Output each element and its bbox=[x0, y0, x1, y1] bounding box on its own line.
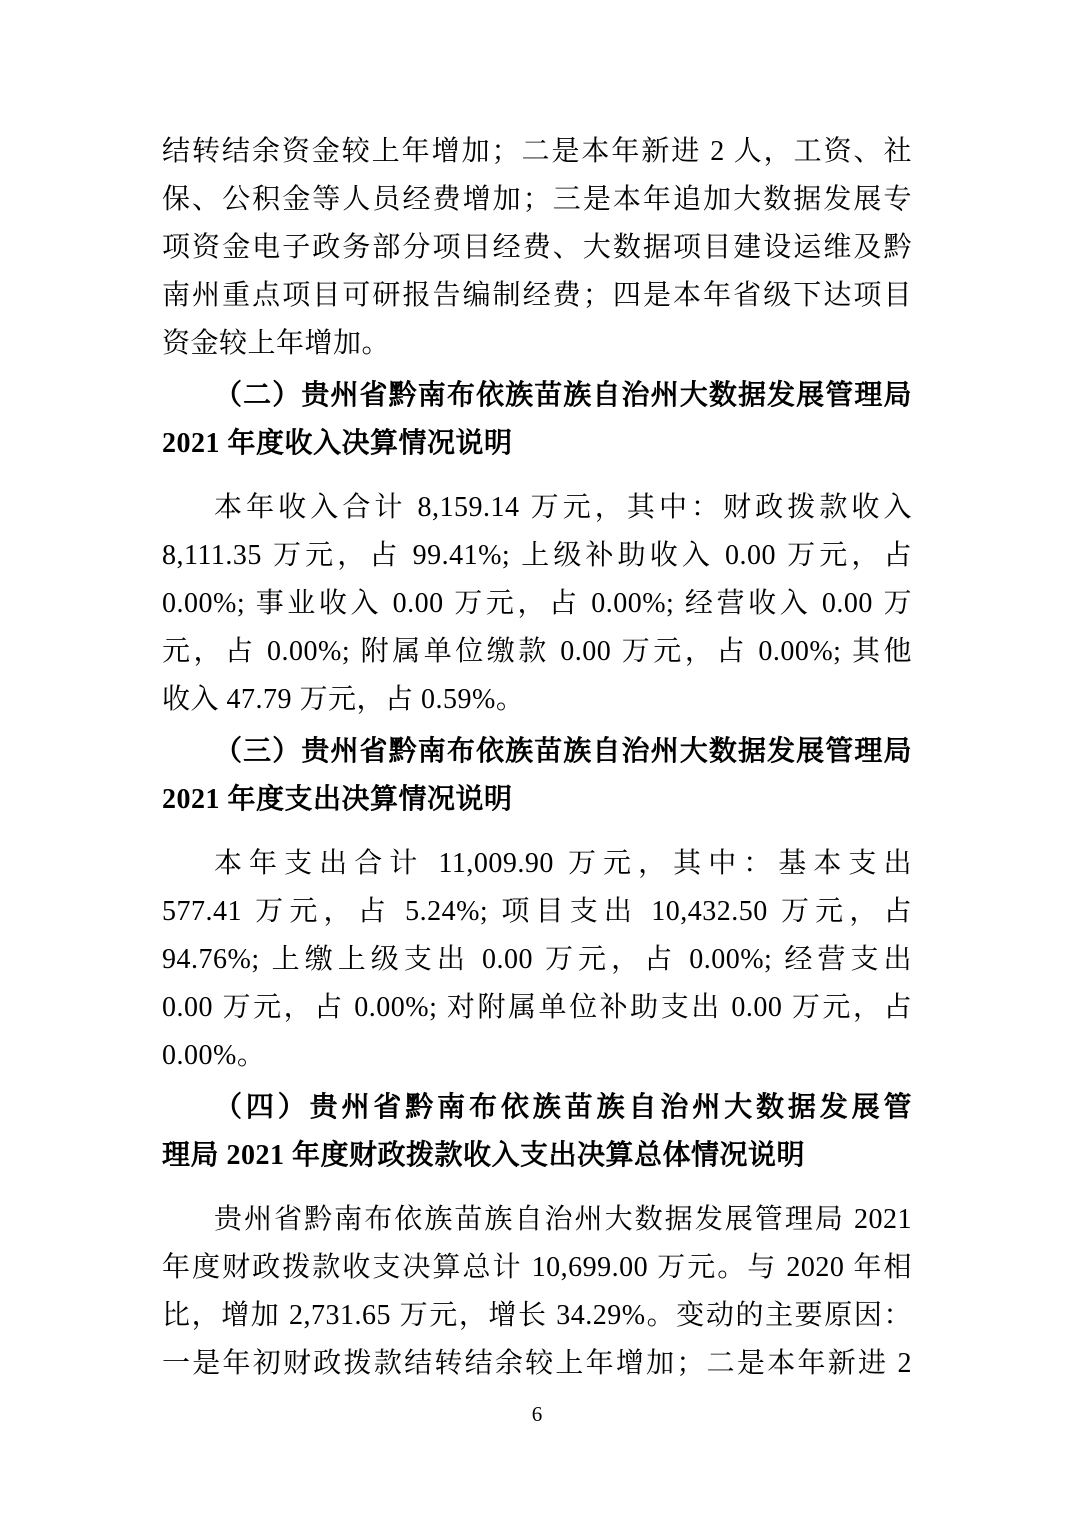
text-line: 贵州省黔南布依族苗族自治州大数据发展管理局 2021 bbox=[162, 1196, 912, 1244]
text-line: 0.00 万元，占 0.00%; 对附属单位补助支出 0.00 万元，占 bbox=[162, 984, 912, 1032]
text-line: 本年支出合计 11,009.90 万元，其中：基本支出 bbox=[162, 840, 912, 888]
text-line: 0.00%。 bbox=[162, 1032, 912, 1080]
text-line: 8,111.35 万元，占 99.41%; 上级补助收入 0.00 万元，占 bbox=[162, 532, 912, 580]
text-line: 577.41 万元，占 5.24%; 项目支出 10,432.50 万元，占 bbox=[162, 888, 912, 936]
text-line: 南州重点项目可研报告编制经费；四是本年省级下达项目 bbox=[162, 272, 912, 320]
text-line: 收入 47.79 万元，占 0.59%。 bbox=[162, 676, 912, 724]
heading-line: （四）贵州省黔南布依族苗族自治州大数据发展管 bbox=[162, 1084, 912, 1132]
text-line: 元，占 0.00%; 附属单位缴款 0.00 万元，占 0.00%; 其他 bbox=[162, 628, 912, 676]
heading-section-4-fiscal-appropriation: （四）贵州省黔南布依族苗族自治州大数据发展管 理局 2021 年度财政拨款收入支… bbox=[162, 1084, 912, 1180]
heading-line: 理局 2021 年度财政拨款收入支出决算总体情况说明 bbox=[162, 1132, 912, 1180]
text-line: 一是年初财政拨款结转结余较上年增加；二是本年新进 2 bbox=[162, 1340, 912, 1388]
text-line: 资金较上年增加。 bbox=[162, 320, 912, 368]
paragraph-expenditure-details: 本年支出合计 11,009.90 万元，其中：基本支出 577.41 万元，占 … bbox=[162, 840, 912, 1080]
paragraph-income-details: 本年收入合计 8,159.14 万元，其中：财政拨款收入 8,111.35 万元… bbox=[162, 484, 912, 724]
text-line: 保、公积金等人员经费增加；三是本年追加大数据发展专 bbox=[162, 176, 912, 224]
page-number: 6 bbox=[0, 1400, 1074, 1428]
heading-line: 2021 年度收入决算情况说明 bbox=[162, 420, 912, 468]
heading-section-2-income: （二）贵州省黔南布依族苗族自治州大数据发展管理局 2021 年度收入决算情况说明 bbox=[162, 372, 912, 468]
heading-line: 2021 年度支出决算情况说明 bbox=[162, 776, 912, 824]
text-line: 94.76%; 上缴上级支出 0.00 万元，占 0.00%; 经营支出 bbox=[162, 936, 912, 984]
paragraph-fiscal-appropriation-details: 贵州省黔南布依族苗族自治州大数据发展管理局 2021 年度财政拨款收支决算总计 … bbox=[162, 1196, 912, 1388]
text-line: 年度财政拨款收支决算总计 10,699.00 万元。与 2020 年相 bbox=[162, 1244, 912, 1292]
text-line: 本年收入合计 8,159.14 万元，其中：财政拨款收入 bbox=[162, 484, 912, 532]
paragraph-continued-reasons: 结转结余资金较上年增加；二是本年新进 2 人，工资、社 保、公积金等人员经费增加… bbox=[162, 128, 912, 368]
text-line: 比，增加 2,731.65 万元，增长 34.29%。变动的主要原因： bbox=[162, 1292, 912, 1340]
text-line: 项资金电子政务部分项目经费、大数据项目建设运维及黔 bbox=[162, 224, 912, 272]
text-line: 0.00%; 事业收入 0.00 万元，占 0.00%; 经营收入 0.00 万 bbox=[162, 580, 912, 628]
text-line: 结转结余资金较上年增加；二是本年新进 2 人，工资、社 bbox=[162, 128, 912, 176]
heading-line: （二）贵州省黔南布依族苗族自治州大数据发展管理局 bbox=[162, 372, 912, 420]
heading-line: （三）贵州省黔南布依族苗族自治州大数据发展管理局 bbox=[162, 728, 912, 776]
heading-section-3-expenditure: （三）贵州省黔南布依族苗族自治州大数据发展管理局 2021 年度支出决算情况说明 bbox=[162, 728, 912, 824]
page-content: 结转结余资金较上年增加；二是本年新进 2 人，工资、社 保、公积金等人员经费增加… bbox=[162, 128, 912, 1388]
document-page: 结转结余资金较上年增加；二是本年新进 2 人，工资、社 保、公积金等人员经费增加… bbox=[0, 0, 1074, 1520]
